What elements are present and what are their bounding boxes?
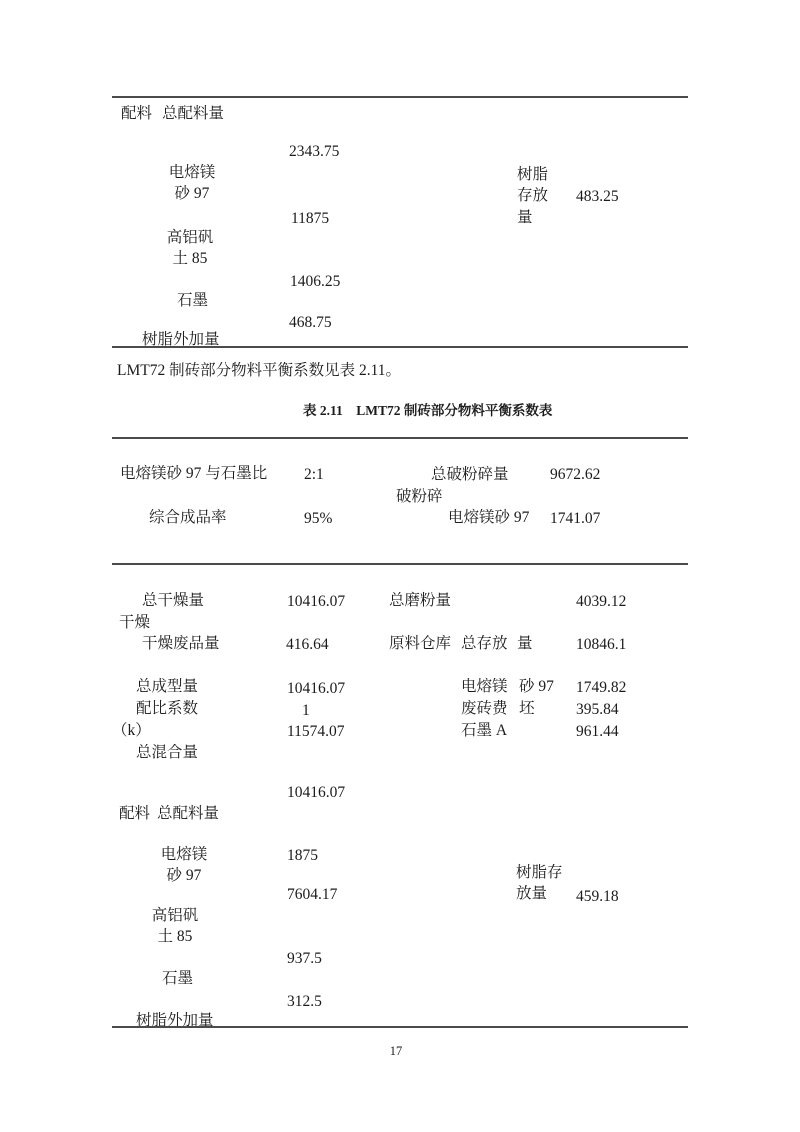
table1-total-label: 总配料量 [160,103,226,124]
table2-graphite-value: 312.5 [287,991,322,1012]
table2-dry-total-label: 总干燥量 [142,590,204,611]
table2-store-magnesia-label2: 砂 97 [519,676,554,697]
table1-graphite-value: 468.75 [289,312,332,333]
table2-resin-added-label: 树脂外加量 [136,1010,214,1031]
table2-ratio-coef-value: 1 [302,700,310,721]
table2-dry-waste-label: 干燥废品量 [142,633,220,654]
table2-dry-total-value: 10416.07 [287,591,345,612]
table1-graphite-label: 石墨 [177,290,208,311]
table2-crush-magnesia-value: 1741.07 [550,508,600,529]
table2-batch-total-value: 10416.07 [287,782,345,803]
table2-store-total-label2: 量 [517,633,533,654]
table2-ratio-value: 2:1 [304,464,324,485]
table1-alumina-value: 1406.25 [290,271,340,292]
table2-waste-brick-value: 395.84 [576,699,619,720]
table2-store-magnesia-label: 电熔镁 [461,676,508,697]
table1-bottom-rule [112,346,688,348]
table2-graphite-label: 石墨 [162,968,193,989]
table2-crush-magnesia-label: 电熔镁砂 97 [448,507,529,528]
table2-top-rule [112,437,688,439]
table2-form-total-value: 10416.07 [287,678,345,699]
table2-mill-total-label: 总磨粉量 [389,590,451,611]
table2-ratio-coef-label: 配比系数 [136,698,198,719]
table2-warehouse-label: 原料仓库 [389,633,451,654]
table1-section-label: 配料 [121,103,152,124]
table2-resin-store-value: 459.18 [576,886,619,907]
table2-ratio-label: 电熔镁砂 97 与石墨比 [120,463,267,484]
table2-store-total-value: 10846.1 [576,634,626,655]
table2-k-label: （k） [112,720,151,741]
table2-store-magnesia-value: 1749.82 [576,677,626,698]
table2-k-value: 11574.07 [287,721,345,742]
table2-mill-total-value: 4039.12 [576,591,626,612]
intro-paragraph: LMT72 制砖部分物料平衡系数见表 2.11。 [117,360,401,381]
table1-resin-store-label: 树脂存放量 [517,164,553,228]
table2-waste-brick-label: 废砖费 [461,698,508,719]
table2-alumina-label: 高铝矾土 85 [146,905,204,948]
table1-resin-store-value: 483.25 [576,186,619,207]
table2-dry-section-label: 干燥 [119,612,150,633]
document-page: 配料 总配料量 2343.75 电熔镁砂 97 树脂存放量 483.25 118… [0,0,800,1132]
table2-yield-value: 95% [304,508,332,529]
table1-magnesia-value: 11875 [291,208,329,229]
table1-top-rule [112,96,688,98]
table1-total-value: 2343.75 [289,141,339,162]
table2-store-total-label: 总存放 [461,633,508,654]
table2-magnesia-value1: 1875 [287,845,318,866]
table2-dry-waste-value: 416.64 [286,634,329,655]
table1-magnesia-label: 电熔镁砂 97 [163,162,221,205]
table2-graphite-a-value: 961.44 [576,721,619,742]
table2-crush-section-label: 破粉碎 [396,486,443,507]
table2-form-total-label: 总成型量 [136,676,198,697]
table2-batch-section-label: 配料 [119,803,150,824]
table2-alumina-value: 937.5 [287,948,322,969]
table2-magnesia-label: 电熔镁砂 97 [155,844,213,887]
table2-resin-store-label: 树脂存放量 [516,862,570,905]
page-number: 17 [0,1044,792,1059]
table2-yield-label: 综合成品率 [149,507,227,528]
table2-crush-total-label: 总破粉碎量 [431,464,509,485]
table2-graphite-a-label: 石墨 A [461,720,507,741]
table2-waste-brick-label2: 坯 [519,698,535,719]
table2-mix-total-label: 总混合量 [136,742,198,763]
table2-crush-total-value: 9672.62 [550,464,600,485]
table2-batch-total-label: 总配料量 [157,803,219,824]
table2-caption: 表 2.11 LMT72 制砖部分物料平衡系数表 [303,402,552,421]
table2-magnesia-value2: 7604.17 [287,884,337,905]
table2-bottom-rule [112,1026,688,1028]
table2-middle-rule [112,563,688,565]
table1-alumina-label: 高铝矾土 85 [161,227,219,270]
